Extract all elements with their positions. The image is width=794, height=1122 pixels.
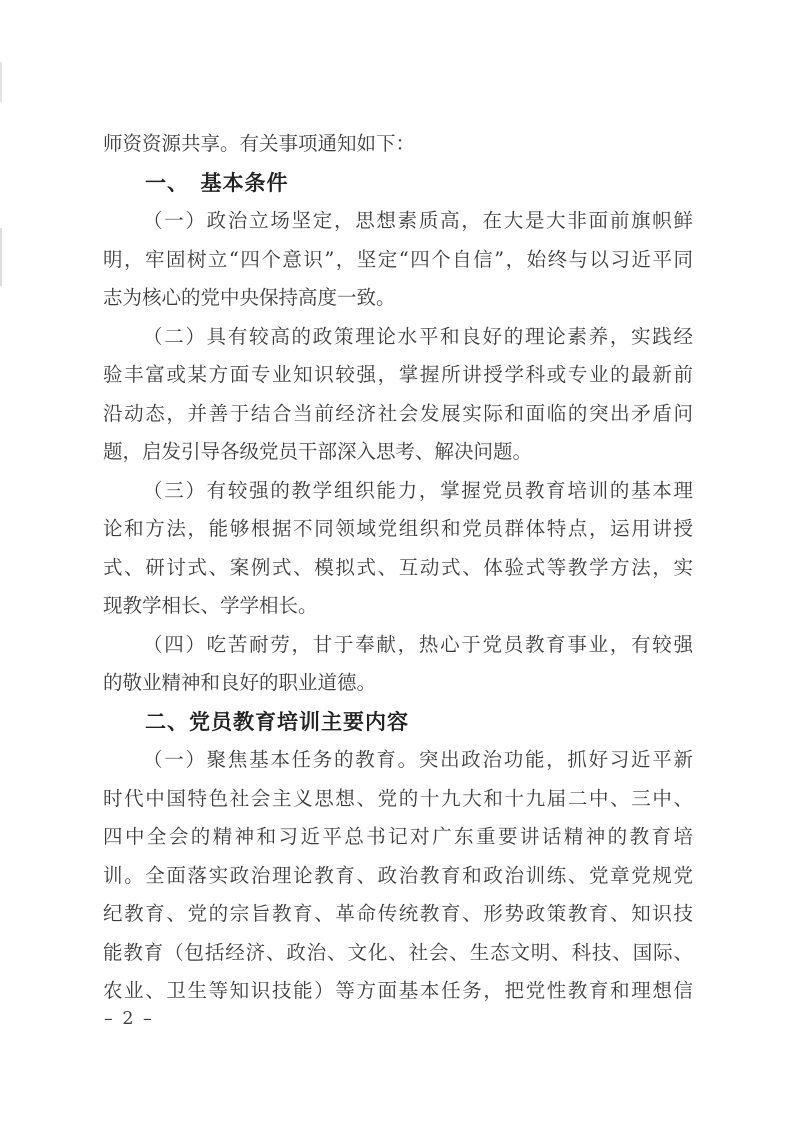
text-line: 题，启发引导各级党员干部深入思考、解决问题。: [103, 433, 693, 472]
section-heading-basic-conditions: 一、 基本条件: [103, 164, 693, 203]
document-body: 师资资源共享。有关事项通知如下： 一、 基本条件 （一）政治立场坚定，思想素质高…: [103, 125, 693, 1011]
text-line: （三）有较强的教学组织能力，掌握党员教育培训的基本理: [103, 472, 693, 511]
text-line: 现教学相长、学学相长。: [103, 587, 693, 626]
scan-artifact: [0, 62, 2, 102]
section-heading-training-content: 二、党员教育培训主要内容: [103, 703, 693, 742]
page-number: – 2 –: [104, 1006, 154, 1032]
text-line: 论和方法，能够根据不同领域党组织和党员群体特点，运用讲授: [103, 510, 693, 549]
text-line: 纪教育、党的宗旨教育、革命传统教育、形势政策教育、知识技: [103, 895, 693, 934]
text-line: 明，牢固树立“四个意识”，坚定“四个自信”，始终与以习近平同: [103, 241, 693, 280]
continuation-line: 师资资源共享。有关事项通知如下：: [103, 125, 693, 164]
text-line: （二）具有较高的政策理论水平和良好的理论素养，实践经: [103, 318, 693, 357]
text-line: 训。全面落实政治理论教育、政治教育和政治训练、党章党规党: [103, 857, 693, 896]
text-line: （一）政治立场坚定，思想素质高，在大是大非面前旗帜鲜: [103, 202, 693, 241]
text-line: 四中全会的精神和习近平总书记对广东重要讲话精神的教育培: [103, 818, 693, 857]
scan-artifact: [0, 228, 2, 286]
text-line: 农业、卫生等知识技能）等方面基本任务，把党性教育和理想信: [103, 972, 693, 1011]
text-line: 能教育（包括经济、政治、文化、社会、生态文明、科技、国际、: [103, 934, 693, 973]
document-page: 师资资源共享。有关事项通知如下： 一、 基本条件 （一）政治立场坚定，思想素质高…: [0, 0, 794, 1122]
text-line: 的敬业精神和良好的职业道德。: [103, 664, 693, 703]
text-line: （四）吃苦耐劳，甘于奉献，热心于党员教育事业，有较强: [103, 626, 693, 665]
text-line: （一）聚焦基本任务的教育。突出政治功能，抓好习近平新: [103, 741, 693, 780]
text-line: 式、研讨式、案例式、模拟式、互动式、体验式等教学方法，实: [103, 549, 693, 588]
text-line: 志为核心的党中央保持高度一致。: [103, 279, 693, 318]
text-line: 验丰富或某方面专业知识较强，掌握所讲授学科或专业的最新前: [103, 356, 693, 395]
text-line: 时代中国特色社会主义思想、党的十九大和十九届二中、三中、: [103, 780, 693, 819]
text-line: 沿动态，并善于结合当前经济社会发展实际和面临的突出矛盾问: [103, 395, 693, 434]
